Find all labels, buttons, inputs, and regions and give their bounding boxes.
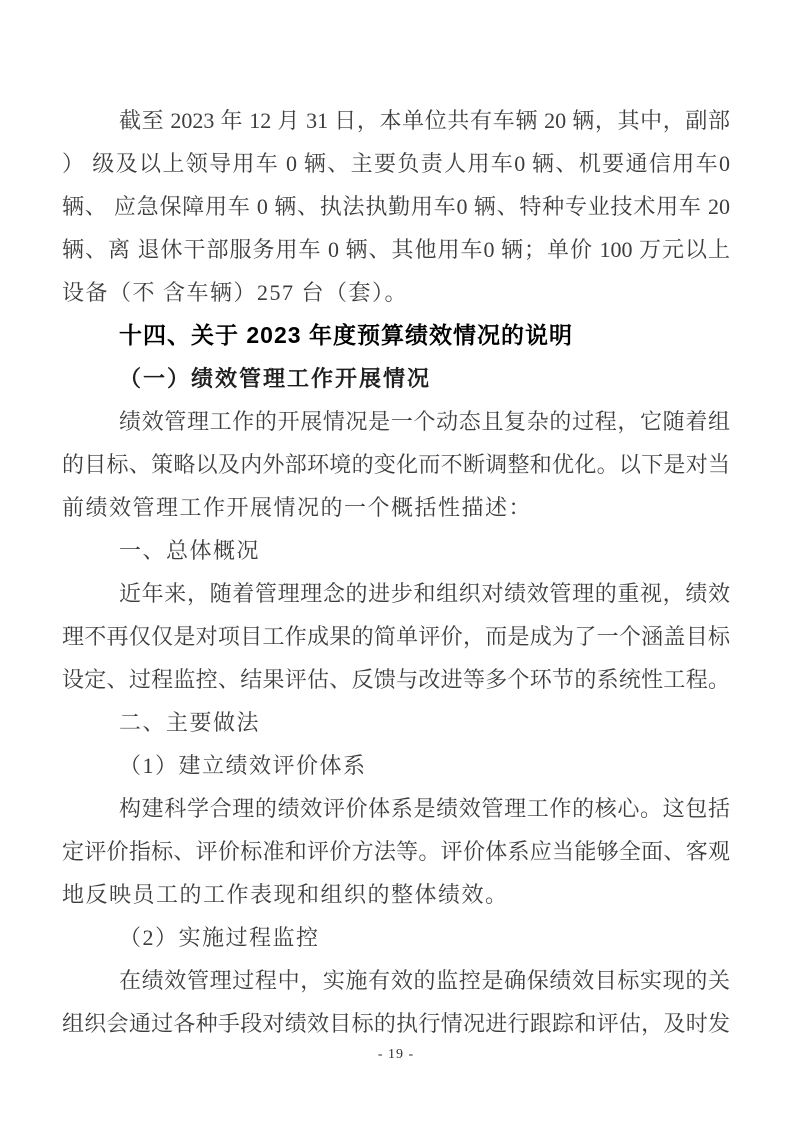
document-page: 截至 2023 年 12 月 31 日，本单位共有车辆 20 辆，其中，副部（省… [0,0,800,1131]
section-heading: 十四、关于 2023 年度预算绩效情况的说明 [62,314,730,357]
text-line: 截至 2023 年 12 月 31 日，本单位共有车辆 20 辆，其中，副部（省 [62,99,730,142]
text-line: 辆、 应急保障用车 0 辆、执法执勤用车0 辆、特种专业技术用车 20 [62,185,730,228]
text-line: 理不再仅仅是对项目工作成果的简单评价，而是成为了一个涵盖目标 [62,615,730,658]
text-line: 定评价指标、评价标准和评价方法等。评价体系应当能够全面、客观 [62,830,730,873]
page-number: - 19 - [378,1047,414,1062]
text-line: ） 级及以上领导用车 0 辆、主要负责人用车0 辆、机要通信用车0 [62,142,730,185]
text-line: （1）建立绩效评价体系 [62,744,730,787]
text-line: 绩效管理工作的开展情况是一个动态且复杂的过程，它随着组织 [62,400,730,443]
text-line: 二、主要做法 [62,701,730,744]
subsection-heading: （一）绩效管理工作开展情况 [62,357,730,400]
text-line: 辆、离 退休干部服务用车 0 辆、其他用车0 辆；单价 100 万元以上 [62,228,730,271]
text-line: （2）实施过程监控 [62,916,730,959]
text-line: 近年来，随着管理理念的进步和组织对绩效管理的重视，绩效管 [62,572,730,615]
text-line: 地反映员工的工作表现和组织的整体绩效。 [62,873,730,916]
text-line: 组织会通过各种手段对绩效目标的执行情况进行跟踪和评估，及时发 [62,1002,730,1045]
text-line: 的目标、策略以及内外部环境的变化而不断调整和优化。以下是对当 [62,443,730,486]
text-line: 一、总体概况 [62,529,730,572]
text-line: 设备（不 含车辆）257 台（套）。 [62,271,730,314]
text-line: 设定、过程监控、结果评估、反馈与改进等多个环节的系统性工程。 [62,658,730,701]
text-line: 构建科学合理的绩效评价体系是绩效管理工作的核心。这包括确 [62,787,730,830]
text-line: 在绩效管理过程中，实施有效的监控是确保绩效目标实现的关键。 [62,959,730,1002]
document-body: 截至 2023 年 12 月 31 日，本单位共有车辆 20 辆，其中，副部（省… [62,99,730,1045]
text-line: 前绩效管理工作开展情况的一个概括性描述： [62,486,730,529]
page-footer: - 19 - [62,1047,730,1063]
